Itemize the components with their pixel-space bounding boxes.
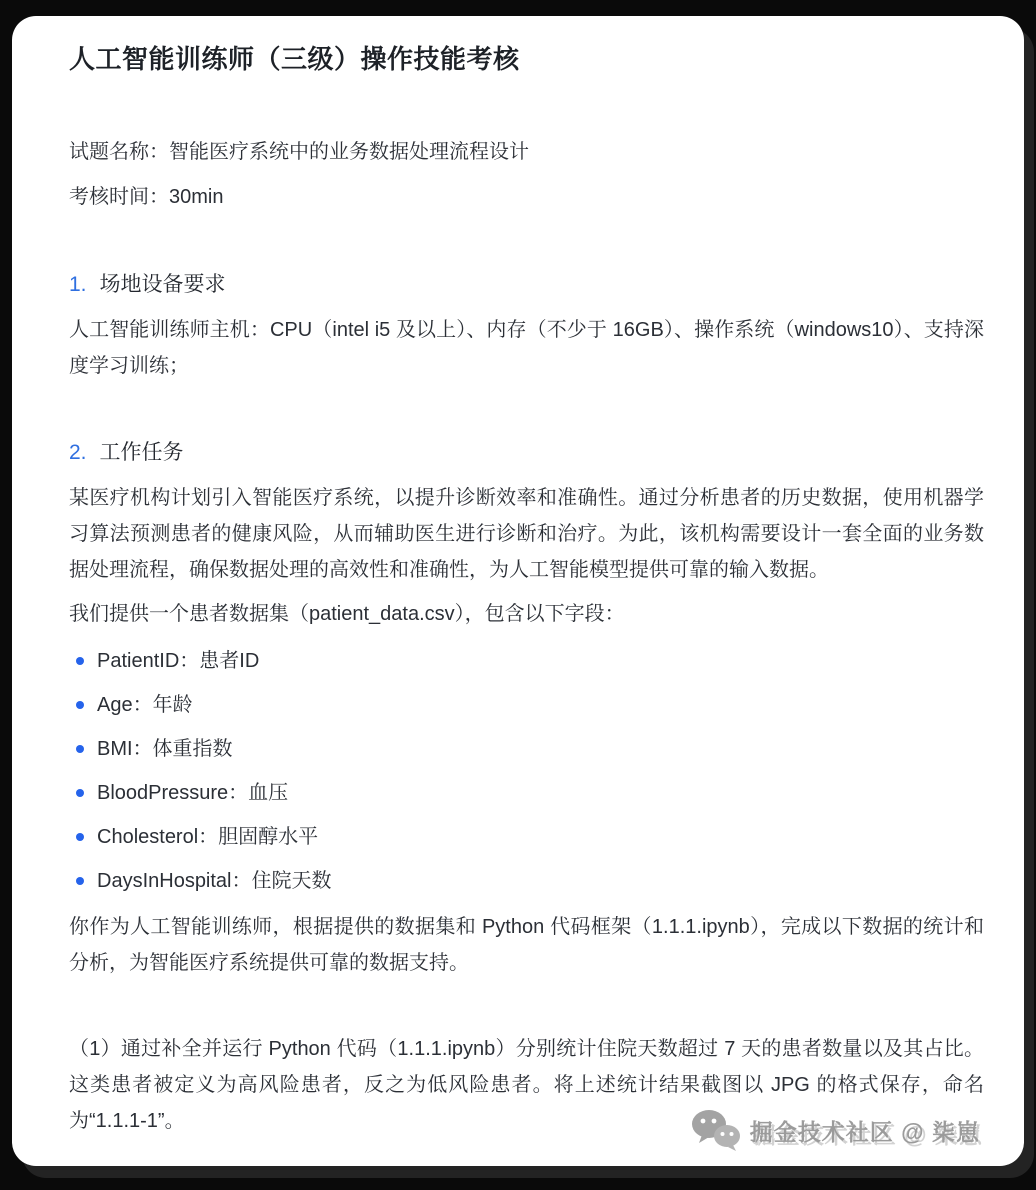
screenshot-frame: 人工智能训练师（三级）操作技能考核 试题名称：智能医疗系统中的业务数据处理流程设… — [0, 0, 1036, 1190]
bullet-icon — [76, 701, 84, 709]
list-item-label: DaysInHospital：住院天数 — [97, 870, 332, 892]
dataset-intro-paragraph: 我们提供一个患者数据集（patient_data.csv），包含以下字段： — [69, 596, 984, 632]
section-heading-text: 场地设备要求 — [100, 268, 226, 302]
bullet-icon — [76, 833, 84, 841]
section-number: 1. — [69, 268, 87, 302]
subtask-1-paragraph: （1）通过补全并运行 Python 代码（1.1.1.ipynb）分别统计住院天… — [69, 1031, 984, 1139]
equipment-paragraph: 人工智能训练师主机：CPU（intel i5 及以上）、内存（不少于 16GB）… — [69, 312, 984, 384]
page-title: 人工智能训练师（三级）操作技能考核 — [69, 42, 984, 76]
list-item-label: Cholesterol：胆固醇水平 — [97, 826, 318, 848]
list-item-label: BMI：体重指数 — [97, 738, 233, 760]
list-item-label: Age：年龄 — [97, 694, 193, 716]
list-item-cholesterol: Cholesterol：胆固醇水平 — [69, 819, 984, 855]
bullet-icon — [76, 877, 84, 885]
list-item-bloodpressure: BloodPressure：血压 — [69, 775, 984, 811]
exam-name-line: 试题名称：智能医疗系统中的业务数据处理流程设计 — [69, 134, 984, 170]
list-item-label: PatientID：患者ID — [97, 650, 259, 672]
list-item-patientid: PatientID：患者ID — [69, 643, 984, 679]
bullet-icon — [76, 789, 84, 797]
bullet-icon — [76, 745, 84, 753]
exam-duration-line: 考核时间：30min — [69, 179, 984, 215]
dataset-field-list: PatientID：患者ID Age：年龄 BMI：体重指数 BloodPres… — [69, 643, 984, 899]
section-number: 2. — [69, 436, 87, 470]
document-card: 人工智能训练师（三级）操作技能考核 试题名称：智能医疗系统中的业务数据处理流程设… — [12, 16, 1024, 1166]
task-intro-paragraph: 某医疗机构计划引入智能医疗系统，以提升诊断效率和准确性。通过分析患者的历史数据，… — [69, 480, 984, 588]
section-heading-equipment: 1. 场地设备要求 — [69, 268, 984, 302]
list-item-label: BloodPressure：血压 — [97, 782, 288, 804]
section-heading-tasks: 2. 工作任务 — [69, 436, 984, 470]
closing-paragraph: 你作为人工智能训练师，根据提供的数据集和 Python 代码框架（1.1.1.i… — [69, 909, 984, 981]
list-item-bmi: BMI：体重指数 — [69, 731, 984, 767]
bullet-icon — [76, 657, 84, 665]
section-heading-text: 工作任务 — [100, 436, 184, 470]
list-item-daysinhospital: DaysInHospital：住院天数 — [69, 863, 984, 899]
list-item-age: Age：年龄 — [69, 687, 984, 723]
